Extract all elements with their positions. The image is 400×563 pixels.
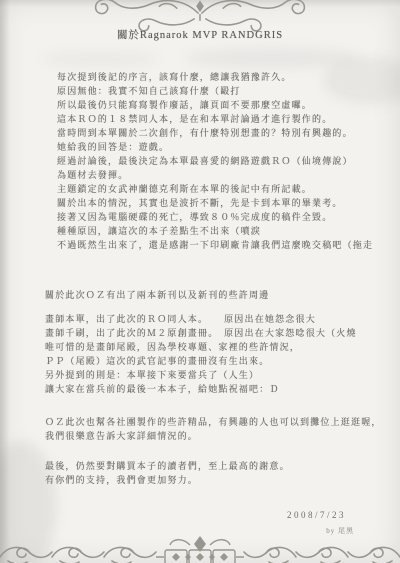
afterword-line: 原因無他：我實不知自己該寫什麼（毆打 bbox=[57, 84, 373, 98]
afterword-line: ＯＺ此次也幫各社團製作的些許精品，有興趣的人也可以到攤位上逛逛喔， bbox=[45, 415, 382, 429]
afterword-line: 我們很樂意告訴大家詳細情況的。 bbox=[45, 429, 382, 443]
afterword-line: 唯可惜的是畫師尾殿，因為學校專題、家裡的些許情況， bbox=[45, 340, 357, 354]
afterword-line: 讓大家在當兵前的最後一本本子，給她點祝福吧：Ｄ bbox=[45, 382, 357, 396]
afterword-line: 這本ＲＯ的１８禁同人本，是在和本單討論過才進行製作的。 bbox=[57, 112, 373, 126]
afterword-line: 所以最後仍只能寫寫製作廢話，讓頁面不要那麼空虛囉。 bbox=[57, 98, 373, 112]
afterword-line: 種種原因，讓這次的本子差點生不出來（噴淚 bbox=[57, 224, 373, 238]
afterword-line: 不過既然生出來了，還是感謝一下印刷廠肯讓我們這麼晚交稿吧（拖走 bbox=[57, 238, 373, 252]
afterword-line: 關於此次ＯＺ有出了兩本新刊以及新刊的些許周邊 bbox=[45, 288, 357, 302]
afterword-line: 經過討論後，最後決定為本單最喜愛的網路遊戲ＲＯ（仙境傳說） bbox=[57, 154, 373, 168]
afterword-line: 為題材去發揮。 bbox=[57, 168, 373, 182]
paragraph-releases: 關於此次ＯＺ有出了兩本新刊以及新刊的些許周邊 畫師本單，出了此次的ＲＯ同人本。 … bbox=[45, 288, 357, 396]
scanned-afterword-page: 關於Ragnarok MVP RANDGRIS 每次提到後記的序言，該寫什麼，總… bbox=[0, 0, 400, 563]
afterword-line: 接著又因為電腦硬碟的死亡，導致８０％完成度的稿件全毀。 bbox=[57, 210, 373, 224]
afterword-line: ＰＰ（尾殿）這次的武官記事的畫冊沒有生出來。 bbox=[45, 354, 357, 368]
paragraph-thanks: 最後，仍然要對購買本子的讀者們，至上最高的謝意。 有你們的支持，我們會更加努力。 bbox=[45, 459, 290, 487]
floral-flourish-border-icon bbox=[0, 534, 400, 563]
afterword-line: 當時問到本單關於二次創作，有什麼特別想畫的？特別有興趣的。 bbox=[57, 126, 373, 140]
page-title: 關於Ragnarok MVP RANDGRIS bbox=[0, 27, 400, 42]
afterword-line: 主題鎖定的女武神蘭德克利斯在本單的後記中有所記載。 bbox=[57, 182, 373, 196]
paragraph-booth: ＯＺ此次也幫各社團製作的些許精品，有興趣的人也可以到攤位上逛逛喔， 我們很樂意告… bbox=[45, 415, 382, 443]
paragraph-intro: 每次提到後記的序言，該寫什麼，總讓我猶豫許久。 原因無他：我實不知自己該寫什麼（… bbox=[57, 70, 373, 252]
paper-texture-smudge bbox=[40, 52, 160, 66]
afterword-line: 她給我的回答是：遊戲。 bbox=[57, 140, 373, 154]
afterword-line: 每次提到後記的序言，該寫什麼，總讓我猶豫許久。 bbox=[57, 70, 373, 84]
afterword-line: 另外提到的則是：本單接下來要當兵了（人生） bbox=[45, 368, 357, 382]
afterword-line: 畫師千刷，出了此次的Ｍ２原創畫冊。 原因出在大家怨唸很大（火燒 bbox=[45, 326, 357, 340]
afterword-line: 有你們的支持，我們會更加努力。 bbox=[45, 473, 290, 487]
date-stamp: 2008/7/23 bbox=[287, 510, 346, 520]
afterword-line: 關於出本的情況，其實也是波折不斷，先是卡到本單的畢業考。 bbox=[57, 196, 373, 210]
afterword-line: 最後，仍然要對購買本子的讀者們，至上最高的謝意。 bbox=[45, 459, 290, 473]
afterword-line: 畫師本單，出了此次的ＲＯ同人本。 原因出在她怨念很大 bbox=[45, 312, 357, 326]
